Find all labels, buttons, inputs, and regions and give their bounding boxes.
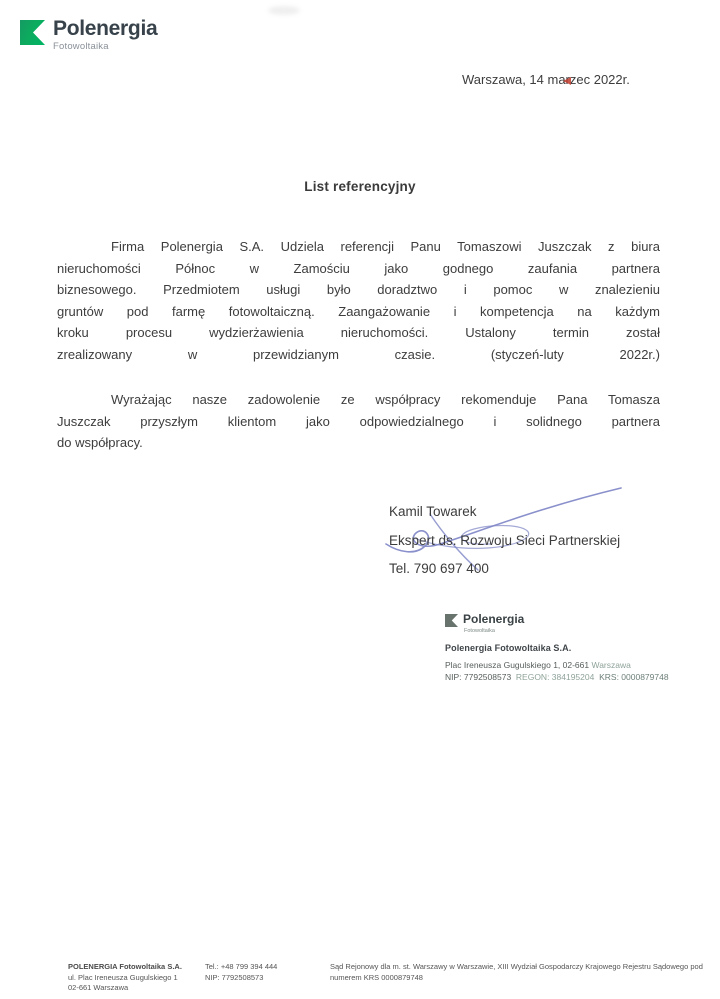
signatory-role: Ekspert ds. Rozwoju Sieci Partnerskiej xyxy=(389,534,620,548)
stamp-company-name: Polenergia Fotowoltaika S.A. xyxy=(445,643,669,653)
red-correction-mark xyxy=(563,77,571,85)
para1-line: kroku procesu wydzierżawienia nieruchomo… xyxy=(57,325,660,347)
logo-tagline-text: Fotowoltaika xyxy=(53,42,157,52)
date-text: Warszawa, 14 marzec 2022r. xyxy=(462,72,630,87)
stamp-brand-text: Polenergia xyxy=(463,613,524,625)
footer-tel: Tel.: +48 799 394 444 xyxy=(205,962,277,973)
footer-address-column: POLENERGIA Fotowoltaika S.A. ul. Plac Ir… xyxy=(68,962,182,994)
date-line: Warszawa, 14 marzec 2022r. xyxy=(462,72,630,87)
para1-line: biznesowego. Przedmiotem usługi było dor… xyxy=(57,282,660,304)
footer-address1: ul. Plac Ireneusza Gugulskiego 1 xyxy=(68,973,182,984)
stamp-logo: Polenergia xyxy=(445,613,669,627)
para1-line: nieruchomości Północ w Zamościu jako god… xyxy=(57,261,660,283)
stamp-nip: NIP: 7792508573 xyxy=(445,672,511,682)
para1-line: Firma Polenergia S.A. Udziela referencji… xyxy=(57,239,660,261)
footer-registry: Sąd Rejonowy dla m. st. Warszawy w Warsz… xyxy=(330,962,708,983)
footer-nip: NIP: 7792508573 xyxy=(205,973,277,984)
para2-line: do współpracy. xyxy=(57,435,660,457)
para1-line: zrealizowany w przewidzianym czasie. (st… xyxy=(57,347,660,369)
stamp-tagline-text: Fotowoltaika xyxy=(464,628,669,634)
footer-address2: 02-661 Warszawa xyxy=(68,983,182,994)
logo-brand-text: Polenergia xyxy=(53,18,157,39)
polenergia-logo: Polenergia Fotowoltaika xyxy=(20,18,157,52)
stamp-city-faded: Warszawa xyxy=(591,660,630,670)
letter-page: Polenergia Fotowoltaika Warszawa, 14 mar… xyxy=(0,0,720,999)
stamp-flag-icon xyxy=(445,614,458,627)
stamp-regon: REGON: 384195204 xyxy=(516,672,594,682)
stamp-krs: KRS: 0000879748 xyxy=(599,672,668,682)
footer-registry-column: Sąd Rejonowy dla m. st. Warszawy w Warsz… xyxy=(330,962,708,983)
stamp-registration-ids: NIP: 7792508573 REGON: 384195204 KRS: 00… xyxy=(445,672,669,682)
stamp-address: Plac Ireneusza Gugulskiego 1, 02-661 War… xyxy=(445,660,669,670)
paragraph-2: Wyrażając nasze zadowolenie ze współprac… xyxy=(57,392,660,457)
signatory-name: Kamil Towarek xyxy=(389,505,620,519)
footer-company: POLENERGIA Fotowoltaika S.A. xyxy=(68,962,182,973)
footer-contact-column: Tel.: +48 799 394 444 NIP: 7792508573 xyxy=(205,962,277,983)
signature-block: Kamil Towarek Ekspert ds. Rozwoju Sieci … xyxy=(389,505,620,591)
polenergia-flag-icon xyxy=(20,20,45,45)
letter-title: List referencyjny xyxy=(0,179,720,194)
para2-line: Wyrażając nasze zadowolenie ze współprac… xyxy=(57,392,660,414)
para1-line: gruntów pod farmę fotowoltaiczną. Zaanga… xyxy=(57,304,660,326)
signatory-phone: Tel. 790 697 400 xyxy=(389,562,620,576)
paragraph-1: Firma Polenergia S.A. Udziela referencji… xyxy=(57,239,660,368)
scan-smudge xyxy=(268,6,300,15)
company-stamp: Polenergia Fotowoltaika Polenergia Fotow… xyxy=(445,613,669,682)
para2-line: Juszczak przyszłym klientom jako odpowie… xyxy=(57,414,660,436)
